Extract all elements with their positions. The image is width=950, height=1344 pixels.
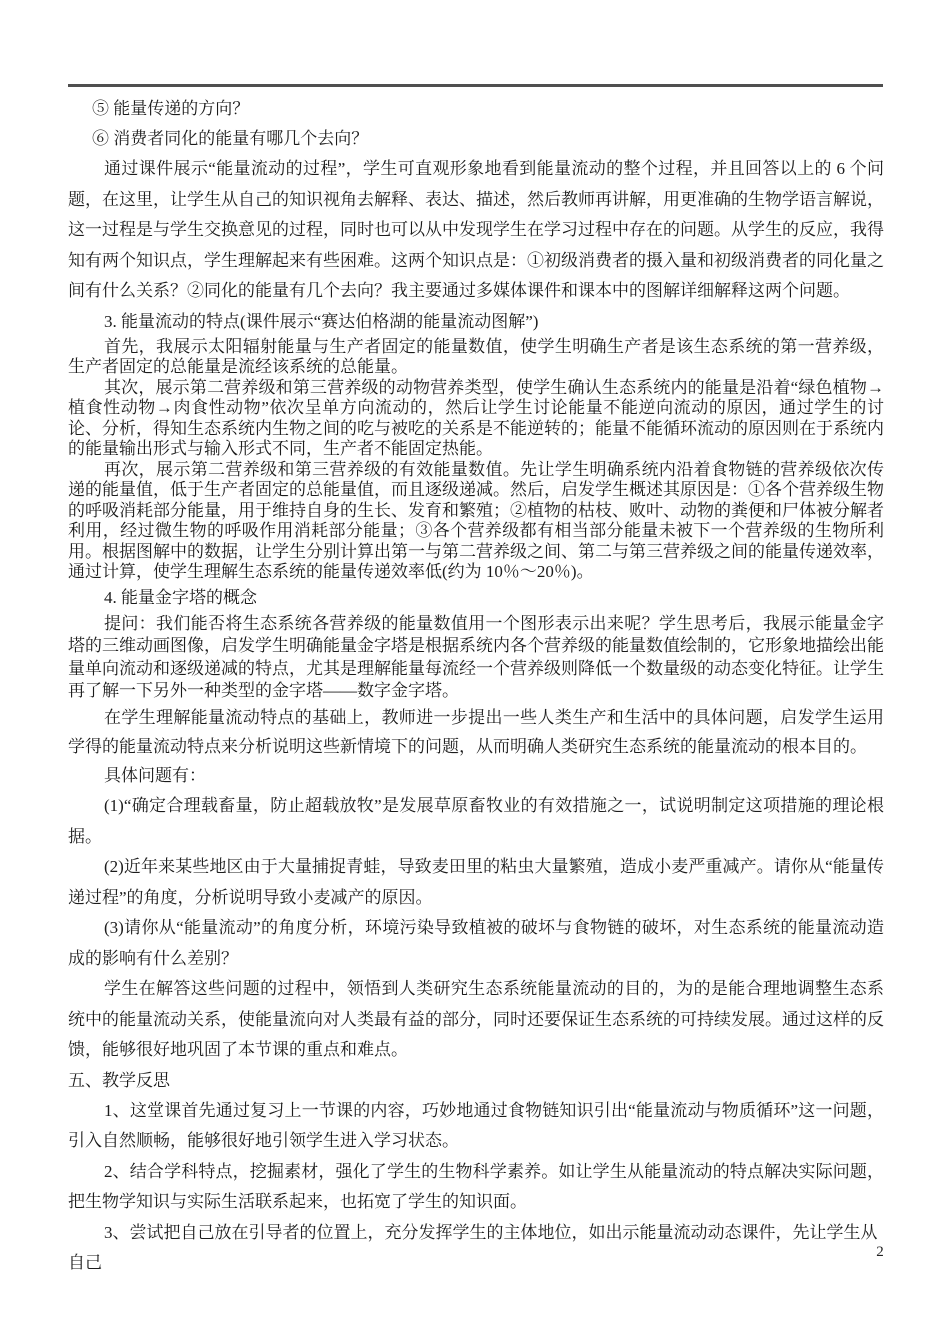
body-paragraph: 1、这堂课首先通过复习上一节课的内容，巧妙地通过食物链知识引出“能量流动与物质循… — [68, 1096, 884, 1157]
body-paragraph: (2)近年来某些地区由于大量捕捉青蛙，导致麦田里的粘虫大量繁殖，造成小麦严重减产… — [68, 852, 884, 913]
body-paragraph: (1)“确定合理载畜量，防止超载放牧”是发展草原畜牧业的有效措施之一，试说明制定… — [68, 791, 884, 852]
body-paragraph: (3)请你从“能量流动”的角度分析，环境污染导致植被的破坏与食物链的破坏，对生态… — [68, 913, 884, 974]
body-paragraph: 提问：我们能否将生态系统各营养级的能量数值用一个图形表示出来呢？学生思考后，我展… — [68, 613, 884, 703]
header-rule — [68, 84, 883, 87]
body-paragraph: 在学生理解能量流动特点的基础上，教师进一步提出一些人类生产和生活中的具体问题，启… — [68, 703, 884, 761]
body-paragraph: 通过课件展示“能量流动的过程”，学生可直观形象地看到能量流动的整个过程，并且回答… — [68, 154, 884, 307]
question-line: ⑤ 能量传递的方向？ — [68, 94, 884, 124]
body-paragraph: 具体问题有： — [68, 761, 884, 792]
question-line: ⑥ 消费者同化的能量有哪几个去向？ — [68, 124, 884, 154]
sub-heading: 3. 能量流动的特点(课件展示“赛达伯格湖的能量流动图解”) — [68, 307, 884, 337]
body-paragraph: 3、尝试把自己放在引导者的位置上，充分发挥学生的主体地位，如出示能量流动动态课件… — [68, 1218, 884, 1279]
document-content: ⑤ 能量传递的方向？⑥ 消费者同化的能量有哪几个去向？通过课件展示“能量流动的过… — [68, 94, 884, 1279]
sub-heading: 4. 能量金字塔的概念 — [68, 583, 884, 613]
body-paragraph: 首先，我展示太阳辐射能量与生产者固定的能量数值，使学生明确生产者是该生态系统的第… — [68, 337, 884, 378]
body-paragraph: 2、结合学科特点，挖掘素材，强化了学生的生物科学素养。如让学生从能量流动的特点解… — [68, 1157, 884, 1218]
body-paragraph: 其次，展示第二营养级和第三营养级的动物营养类型，使学生确认生态系统内的能量是沿着… — [68, 378, 884, 460]
body-paragraph: 再次，展示第二营养级和第三营养级的有效能量数值。先让学生明确系统内沿着食物链的营… — [68, 460, 884, 583]
body-paragraph: 学生在解答这些问题的过程中，领悟到人类研究生态系统能量流动的目的，为的是能合理地… — [68, 974, 884, 1066]
section-heading: 五、教学反思 — [68, 1066, 884, 1096]
page-number: 2 — [870, 1244, 890, 1261]
document-page: ⑤ 能量传递的方向？⑥ 消费者同化的能量有哪几个去向？通过课件展示“能量流动的过… — [0, 0, 950, 1344]
